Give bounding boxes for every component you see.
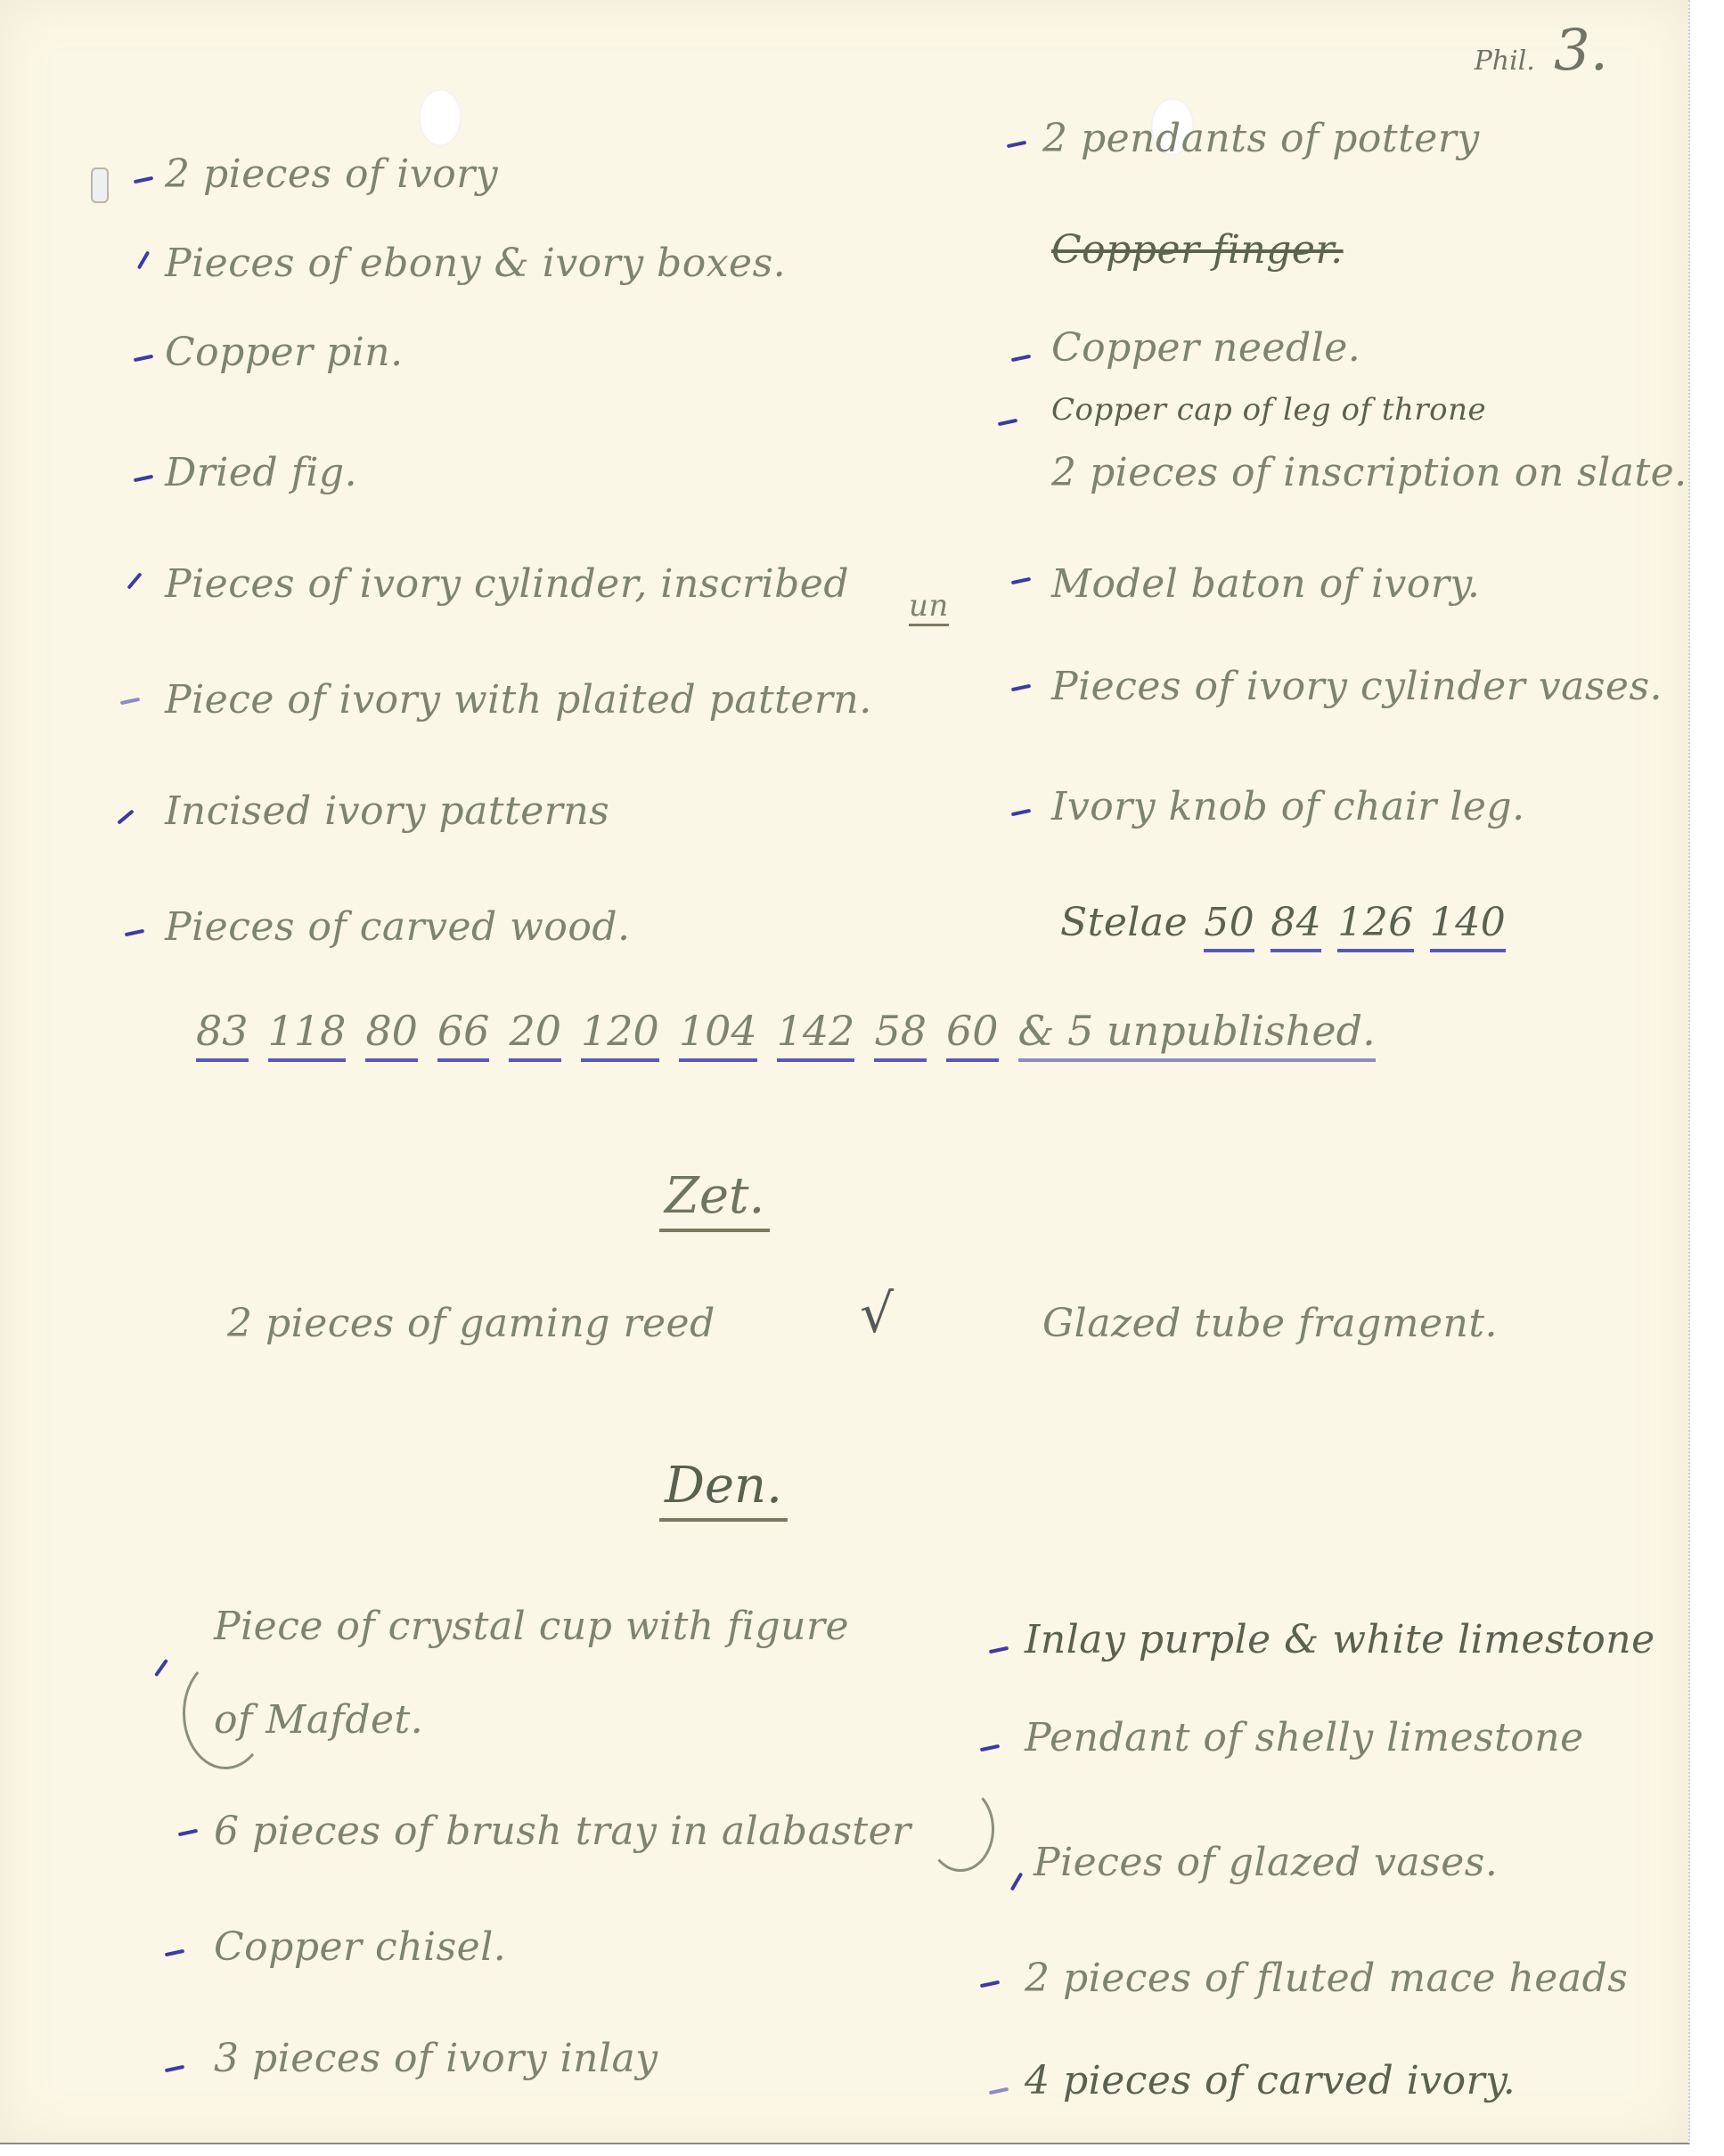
page-number-value: 3. (1554, 18, 1608, 84)
stela-number: 104 (679, 1007, 757, 1062)
list-item: 2 pieces of fluted mace heads (1025, 1956, 1628, 2001)
tick-mark-icon (134, 475, 153, 482)
tick-mark-icon (154, 1659, 168, 1677)
tick-mark-icon (980, 1744, 1000, 1752)
stela-number: 60 (946, 1007, 999, 1062)
tick-mark-icon (980, 1980, 1000, 1988)
list-item: 3 pieces of ivory inlay (214, 2036, 658, 2081)
stela-number: 58 (874, 1007, 927, 1062)
checkmark-icon: √ (860, 1283, 895, 1345)
tick-mark-icon (1010, 1872, 1023, 1891)
section-heading-zet: Zet. (659, 1167, 770, 1232)
tick-mark-icon (989, 2087, 1009, 2095)
list-item: 2 pieces of inscription on slate. (1051, 450, 1687, 495)
stela-number: 50 (1204, 900, 1254, 952)
list-item: Model baton of ivory. (1051, 561, 1480, 607)
staple (91, 167, 109, 203)
tick-mark-icon (120, 698, 140, 705)
stela-number: 20 (509, 1007, 561, 1062)
list-item: Pieces of glazed vases. (1034, 1840, 1498, 1885)
list-item: Glazed tube fragment. (1042, 1301, 1498, 1346)
list-item: 2 pendants of pottery (1042, 116, 1480, 161)
list-item: Piece of crystal cup with figure (214, 1604, 849, 1649)
list-item: 6 pieces of brush tray in alabaster (214, 1809, 911, 1854)
tick-mark-icon (137, 250, 150, 269)
list-item: Copper needle. (1051, 325, 1360, 371)
list-item: 2 pieces of gaming reed (227, 1301, 715, 1346)
list-item: Ivory knob of chair leg. (1051, 784, 1525, 829)
stelae-line: Stelae 50 84 126 140 (1060, 900, 1506, 952)
list-item-struck: Copper finger. (1051, 227, 1344, 273)
stela-number: 83 (196, 1007, 249, 1062)
list-item: 4 pieces of carved ivory. (1025, 2058, 1516, 2103)
list-item: Copper pin. (165, 330, 404, 375)
inscribed-note: un (909, 588, 949, 626)
stelae-numbers-line: 83 118 80 66 20 120 104 142 58 60 & 5 un… (196, 1007, 1376, 1062)
list-item: Incised ivory patterns (165, 788, 609, 834)
stela-number: 66 (437, 1007, 490, 1062)
tick-mark-icon (125, 929, 144, 936)
tick-mark-icon (134, 176, 153, 184)
manuscript-page: Phil. 3. 2 pieces of ivory Pieces of ebo… (0, 0, 1690, 2144)
tick-mark-icon (134, 355, 153, 362)
stelae-unpublished: & 5 unpublished. (1018, 1007, 1376, 1062)
tick-mark-icon (1011, 684, 1031, 691)
stela-number: 142 (777, 1007, 855, 1062)
list-item: Pendant of shelly limestone (1025, 1715, 1584, 1760)
stela-number: 140 (1430, 900, 1506, 952)
list-item: Copper chisel. (214, 1924, 506, 1970)
tick-mark-icon (1011, 577, 1031, 584)
stelae-label: Stelae (1060, 900, 1188, 952)
list-item: Pieces of ebony & ivory boxes. (165, 241, 786, 286)
list-item: Pieces of ivory cylinder, inscribed (165, 561, 849, 607)
tick-mark-icon (1011, 355, 1031, 362)
page-label: Phil. (1475, 45, 1535, 77)
page-number: Phil. 3. (1475, 18, 1608, 84)
list-item: Pieces of carved wood. (165, 904, 630, 950)
stela-number: 84 (1271, 900, 1321, 952)
stela-number: 118 (268, 1007, 347, 1062)
tick-mark-icon (127, 572, 142, 589)
stela-number: 126 (1337, 900, 1413, 952)
list-item: 2 pieces of ivory (165, 151, 498, 197)
tick-mark-icon (117, 809, 134, 824)
tick-mark-icon (165, 2065, 184, 2072)
stela-number: 80 (365, 1007, 418, 1062)
tick-mark-icon (1011, 809, 1031, 816)
list-item: Piece of ivory with plaited pattern. (165, 677, 872, 723)
tick-mark-icon (998, 419, 1017, 426)
list-item: Pieces of ivory cylinder vases. (1051, 664, 1663, 709)
list-item: Copper cap of leg of throne (1051, 392, 1486, 428)
tick-mark-icon (178, 1829, 198, 1836)
tick-mark-icon (1007, 141, 1026, 148)
list-item: Inlay purple & white limestone (1025, 1617, 1655, 1662)
stela-number: 120 (581, 1007, 659, 1062)
section-heading-den: Den. (659, 1457, 788, 1522)
tick-mark-icon (989, 1646, 1009, 1654)
list-item: Dried fig. (165, 450, 357, 495)
tick-mark-icon (165, 1949, 184, 1956)
bracket-mark (927, 1786, 994, 1872)
list-item: of Mafdet. (214, 1697, 423, 1743)
punch-hole-left (419, 89, 462, 146)
